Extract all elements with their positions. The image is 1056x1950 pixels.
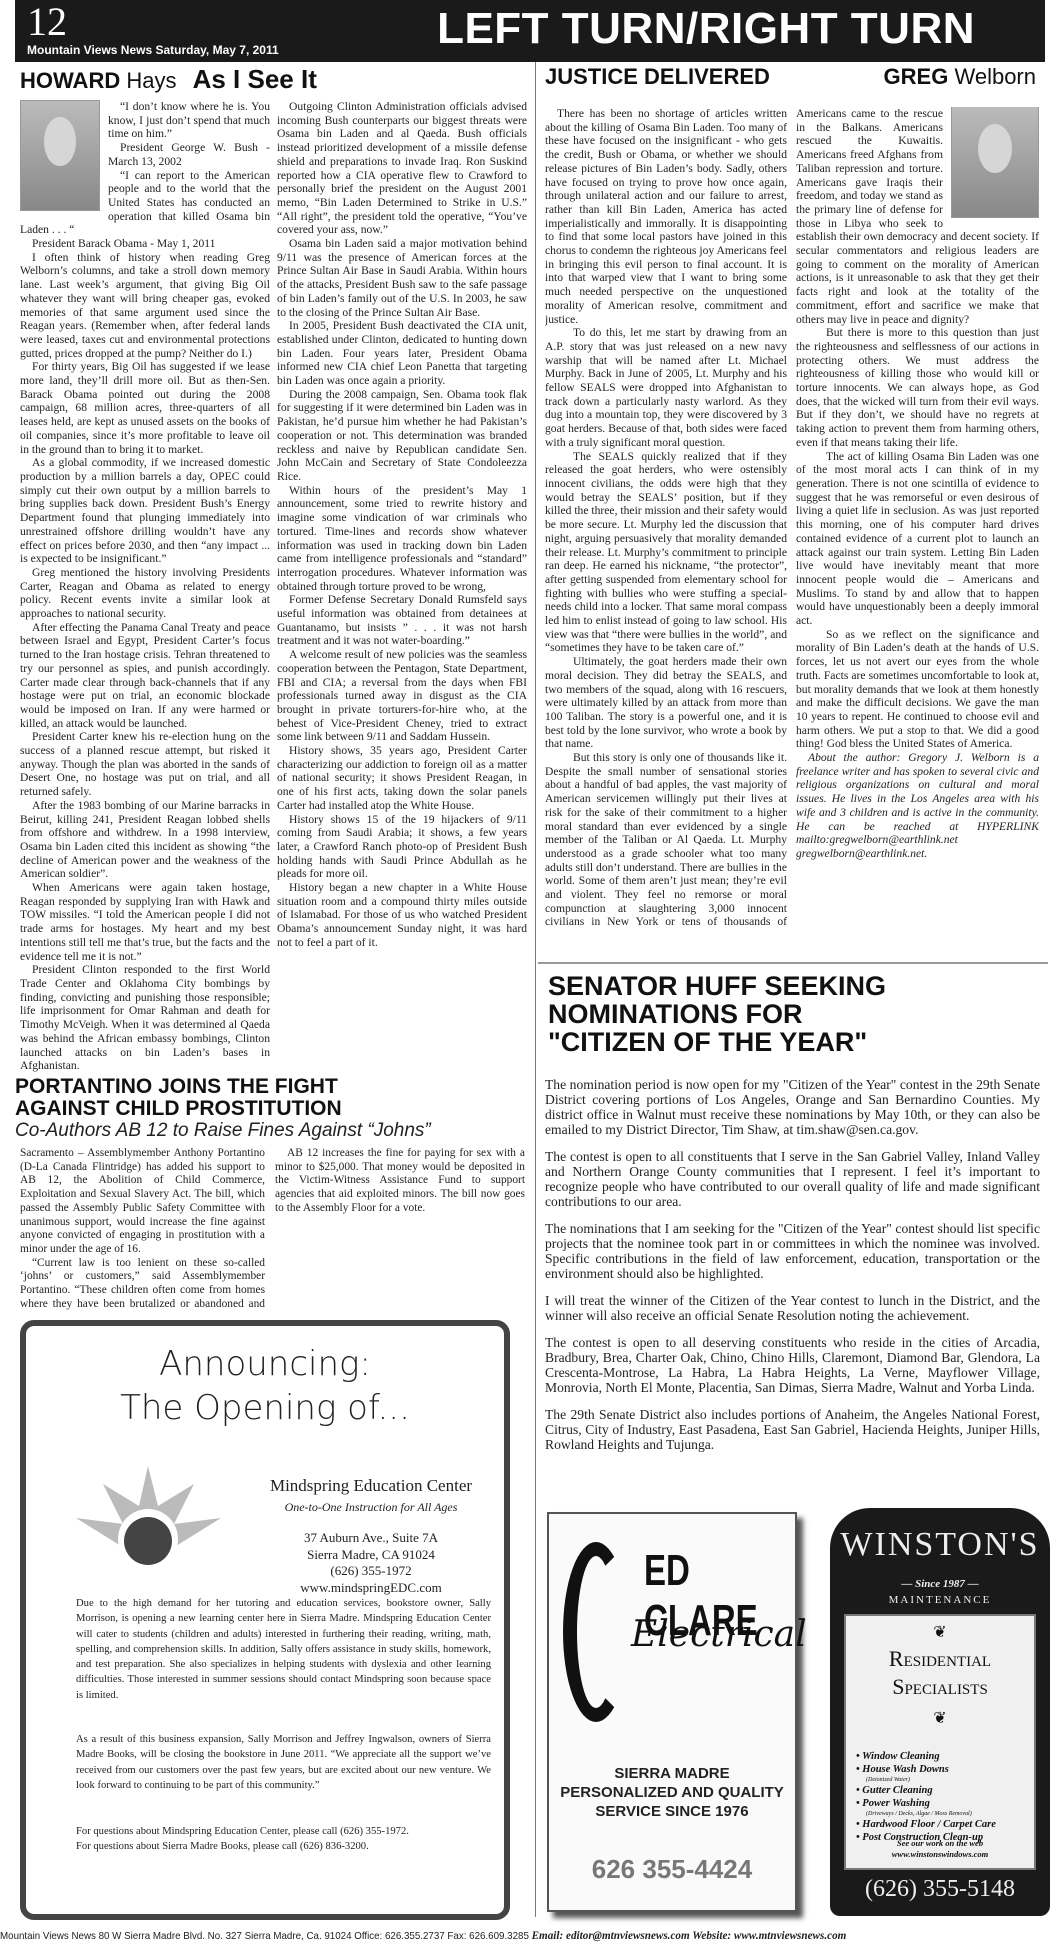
address-line: 37 Auburn Ave., Suite 7A — [246, 1530, 496, 1547]
section-title: LEFT TURN/RIGHT TURN — [437, 4, 975, 54]
footer-address: Mountain Views News 80 W Sierra Madre Bl… — [0, 1930, 529, 1942]
portantino-column-right: AB 12 increases the fine for paying for … — [275, 1147, 525, 1312]
senator-article-body: The nomination period is now open for my… — [545, 1077, 1040, 1464]
paragraph: There has been no shortage of articles w… — [545, 107, 787, 326]
ad-since: — Since 1987 — — [830, 1578, 1050, 1590]
masthead: 12 Mountain Views News Saturday, May 7, … — [15, 0, 1045, 62]
paragraph: Sacramento – Assemblymember Anthony Port… — [20, 1147, 265, 1257]
ad-phone: (626) 355-5148 — [830, 1876, 1050, 1903]
page-number: 12 — [27, 0, 67, 45]
ad-script-name: Electrical — [631, 1614, 807, 1655]
ed-clare-ad: ED CLARE Electrical SIERRA MADRE PERSONA… — [547, 1512, 797, 1912]
paragraph: The nominations that I am seeking for th… — [545, 1221, 1040, 1281]
ad-tagline: One-to-One Instruction for All Ages — [246, 1500, 496, 1515]
ed-clare-logo-icon — [563, 1542, 629, 1722]
ad-body-1: Due to the high demand for her tutoring … — [76, 1596, 491, 1703]
paragraph: The contest is open to all deserving con… — [545, 1335, 1040, 1395]
service-note: (Deionized Water) — [856, 1776, 996, 1784]
ad-phone: 626 355-4424 — [549, 1854, 795, 1885]
paragraph: President Clinton responded to the first… — [20, 963, 270, 1073]
publication-line: Mountain Views News Saturday, May 7, 201… — [27, 43, 279, 57]
paragraph: After effecting the Panama Canal Treaty … — [20, 621, 270, 731]
paragraph: Outgoing Clinton Administration official… — [277, 100, 527, 237]
paragraph: Ultimately, the goat herders made their … — [545, 655, 787, 751]
headline-line: AGAINST CHILD PROSTITUTION — [15, 1098, 342, 1120]
howard-column-header: HOWARD Hays As I See It — [20, 64, 317, 95]
phone: (626) 355-1972 — [246, 1563, 496, 1580]
ad-web: See our work on the web www.winstonswind… — [846, 1838, 1034, 1860]
headline-line: SENATOR HUFF SEEKING — [548, 972, 886, 1000]
paragraph: The 29th Senate District also includes p… — [545, 1407, 1040, 1452]
footer-contact: Email: editor@mtnviewsnews.com Website: … — [532, 1928, 847, 1942]
paragraph: Osama bin Laden said a major motivation … — [277, 237, 527, 319]
paragraph: The act of killing Osama Bin Laden was o… — [796, 450, 1039, 628]
service-item: • Hardwood Floor / Carpet Care — [856, 1818, 996, 1831]
ad-maintenance: MAINTENANCE — [830, 1594, 1050, 1606]
service-item: • House Wash Downs — [856, 1763, 996, 1776]
paragraph: During the 2008 campaign, Sen. Obama too… — [277, 388, 527, 484]
service-item: • Window Cleaning — [856, 1750, 996, 1763]
howard-column-left: “I don’t know where he is. You know, I j… — [20, 100, 270, 1085]
paragraph: To do this, let me start by drawing from… — [545, 326, 787, 449]
paragraph: Former Defense Secretary Donald Rumsfeld… — [277, 593, 527, 648]
ad-headline: Residential — [846, 1646, 1034, 1672]
page-footer: Mountain Views News 80 W Sierra Madre Bl… — [0, 1928, 982, 1943]
paragraph: The nomination period is now open for my… — [545, 1077, 1040, 1137]
ad-body-2: As a result of this business expansion, … — [76, 1732, 491, 1793]
website: www.mindspringEDC.com — [246, 1580, 496, 1597]
winstons-ad: WINSTON'S — Since 1987 — MAINTENANCE ❦ R… — [830, 1508, 1050, 1916]
mindspring-ad: Announcing: The Opening of... Mindspring… — [20, 1320, 510, 1920]
ornament-icon: ❦ — [846, 1708, 1034, 1728]
paragraph: The SEALS quickly realized that if they … — [545, 450, 787, 656]
greg-column-right: Americans came to the rescue in the Balk… — [796, 107, 1039, 932]
ad-business-name: Mindspring Education Center — [246, 1476, 496, 1496]
author-last-name: Welborn — [954, 64, 1036, 89]
headline-line: NOMINATIONS FOR — [548, 1000, 886, 1028]
column-divider — [535, 62, 536, 1917]
paragraph: So as we reflect on the significance and… — [796, 628, 1039, 751]
paragraph: I often think of history when reading Gr… — [20, 251, 270, 361]
paragraph: History shows 15 of the 19 hijackers of … — [277, 813, 527, 882]
web-line: See our work on the web — [846, 1838, 1034, 1849]
greg-column-byline: GREG Welborn — [884, 64, 1036, 90]
ad-headline: Specialists — [846, 1674, 1034, 1700]
ad-opening: The Opening of... — [26, 1388, 504, 1428]
paragraph: But there is more to this question than … — [796, 326, 1039, 449]
greg-column-title: JUSTICE DELIVERED — [545, 64, 770, 90]
paragraph: History shows, 35 years ago, President C… — [277, 744, 527, 813]
ad-contact-2: For questions about Sierra Madre Books, … — [76, 1839, 491, 1854]
author-first-name: GREG — [884, 64, 949, 89]
howard-hays-photo — [20, 100, 100, 211]
paragraph: A welcome result of new policies was the… — [277, 648, 527, 744]
paragraph: As a global commodity, if we increased d… — [20, 456, 270, 566]
services-list: • Window Cleaning • House Wash Downs (De… — [856, 1750, 996, 1844]
paragraph: But this story is only one of thousands … — [545, 751, 787, 927]
ad-announcing: Announcing: — [26, 1344, 504, 1384]
paragraph: I will treat the winner of the Citizen o… — [545, 1293, 1040, 1323]
service-item: • Gutter Cleaning — [856, 1784, 996, 1797]
service-note: (Driveways / Decks, Algae / Moss Removal… — [856, 1810, 996, 1818]
greg-welborn-photo — [951, 107, 1039, 218]
column-title: As I See It — [193, 64, 317, 94]
ad-contact-1: For questions about Mindspring Education… — [76, 1824, 491, 1839]
ad-line: PERSONALIZED AND QUALITY — [549, 1783, 795, 1802]
ad-address: 37 Auburn Ave., Suite 7A Sierra Madre, C… — [246, 1530, 496, 1596]
quote-attribution: President Barack Obama - May 1, 2011 — [20, 237, 270, 251]
headline-line: "CITIZEN OF THE YEAR" — [548, 1028, 886, 1056]
about-author: About the author: Gregory J. Welborn is … — [796, 751, 1039, 861]
ornament-icon: ❦ — [846, 1622, 1034, 1642]
paragraph: When Americans were again taken hostage,… — [20, 881, 270, 963]
howard-column-right: Outgoing Clinton Administration official… — [277, 100, 527, 1060]
section-divider — [538, 962, 1048, 964]
website: www.winstonswindows.com — [846, 1849, 1034, 1860]
greg-column-left: There has been no shortage of articles w… — [545, 107, 787, 927]
portantino-subheadline: Co-Authors AB 12 to Raise Fines Against … — [15, 1120, 431, 1142]
paragraph: In 2005, President Bush deactivated the … — [277, 319, 527, 388]
paragraph: AB 12 increases the fine for paying for … — [275, 1147, 525, 1216]
paragraph: Greg mentioned the history involving Pre… — [20, 566, 270, 621]
portantino-headline: PORTANTINO JOINS THE FIGHT AGAINST CHILD… — [15, 1076, 342, 1120]
headline-line: PORTANTINO JOINS THE FIGHT — [15, 1076, 342, 1098]
ad-business-name: WINSTON'S — [830, 1526, 1050, 1564]
paragraph: Within hours of the president’s May 1 an… — [277, 484, 527, 594]
senator-headline: SENATOR HUFF SEEKING NOMINATIONS FOR "CI… — [548, 972, 886, 1056]
paragraph: The contest is open to all constituents … — [545, 1149, 1040, 1209]
service-item: • Power Washing — [856, 1797, 996, 1810]
paragraph: President Carter knew his re-election hu… — [20, 730, 270, 799]
ad-inner-panel: ❦ Residential Specialists ❦ • Window Cle… — [844, 1614, 1036, 1870]
ad-line: SERVICE SINCE 1976 — [549, 1802, 795, 1821]
paragraph: History began a new chapter in a White H… — [277, 881, 527, 950]
portantino-column-left: Sacramento – Assemblymember Anthony Port… — [20, 1147, 265, 1312]
author-last-name: Hays — [126, 68, 176, 93]
author-first-name: HOWARD — [20, 68, 120, 93]
paragraph: “Current law is too lenient on these so-… — [20, 1257, 265, 1312]
paragraph: For thirty years, Big Oil has suggested … — [20, 360, 270, 456]
ad-line: SIERRA MADRE — [549, 1764, 795, 1783]
sun-logo-icon — [76, 1466, 221, 1576]
address-line: Sierra Madre, CA 91024 — [246, 1547, 496, 1564]
paragraph: After the 1983 bombing of our Marine bar… — [20, 799, 270, 881]
